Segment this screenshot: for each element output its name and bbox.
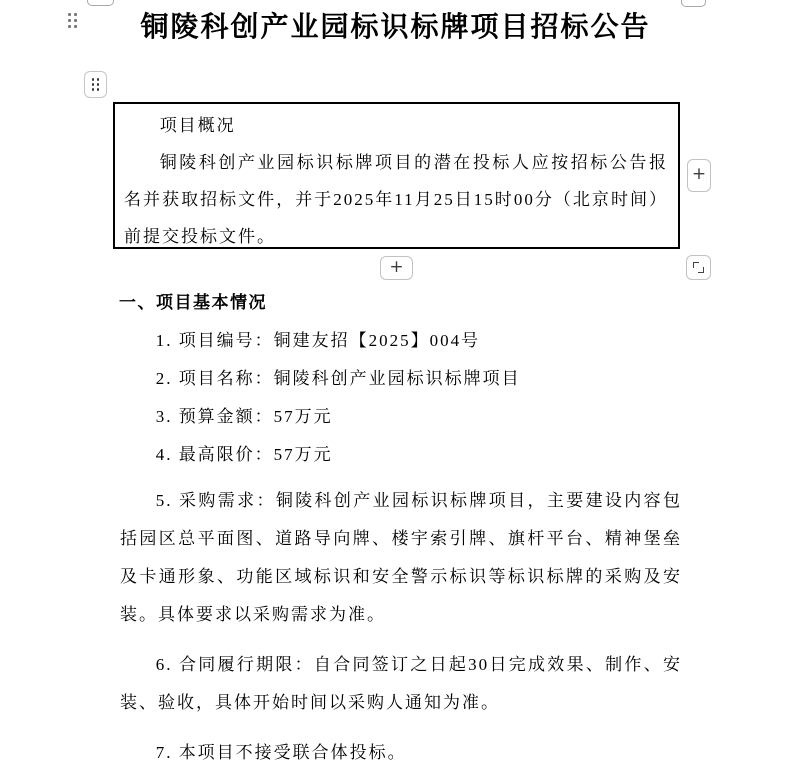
section-heading: 一、项目基本情况 — [119, 288, 267, 313]
document-page: 铜陵科创产业园标识标牌项目招标公告 项目概况 铜陵科创产业园标识标牌项目的潜在投… — [0, 0, 791, 783]
page-title: 铜陵科创产业园标识标牌项目招标公告 — [0, 5, 791, 45]
table-drag-handle-button[interactable] — [84, 71, 107, 98]
list-item-4: 4. 最高限价：57万元 — [120, 436, 682, 474]
list-item-2: 2. 项目名称：铜陵科创产业园标识标牌项目 — [120, 360, 682, 398]
add-row-button[interactable]: + — [380, 256, 413, 280]
list-item-3: 3. 预算金额：57万元 — [120, 398, 682, 436]
plus-icon: + — [389, 259, 403, 276]
list-item-1: 1. 项目编号：铜建友招【2025】004号 — [120, 322, 682, 360]
list-item-7: 7. 本项目不接受联合体投标。 — [120, 734, 682, 772]
drag-dots-icon — [92, 78, 100, 91]
section-body: 1. 项目编号：铜建友招【2025】004号 2. 项目名称：铜陵科创产业园标识… — [120, 322, 682, 772]
add-column-button[interactable]: + — [687, 159, 711, 192]
expand-table-button[interactable] — [686, 255, 711, 280]
list-item-5: 5. 采购需求：铜陵科创产业园标识标牌项目，主要建设内容包括园区总平面图、道路导… — [120, 482, 682, 634]
overview-body: 铜陵科创产业园标识标牌项目的潜在投标人应按招标公告报名并获取招标文件，并于202… — [124, 144, 668, 255]
project-overview-table: 项目概况 铜陵科创产业园标识标牌项目的潜在投标人应按招标公告报名并获取招标文件，… — [113, 102, 680, 249]
plus-icon: + — [692, 166, 706, 183]
expand-icon — [693, 262, 704, 273]
list-item-6: 6. 合同履行期限：自合同签订之日起30日完成效果、制作、安装、验收，具体开始时… — [120, 646, 682, 722]
overview-heading: 项目概况 — [124, 107, 668, 144]
